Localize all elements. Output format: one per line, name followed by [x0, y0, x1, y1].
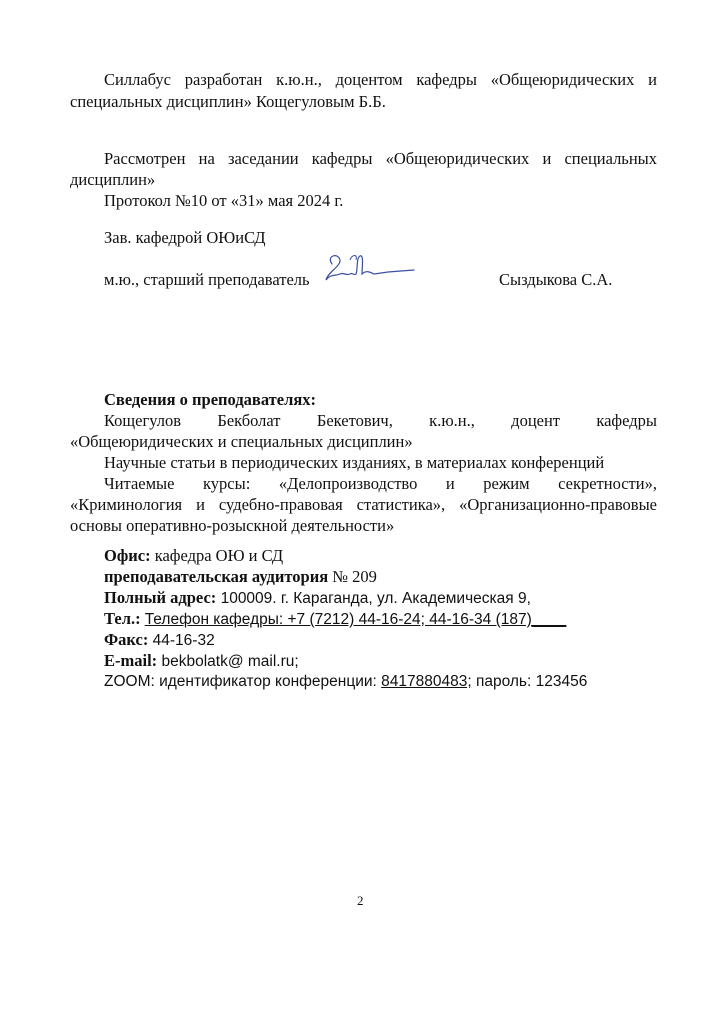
teacher-publications: Научные статьи в периодических изданиях,…	[104, 452, 604, 473]
document-page: Силлабус разработан к.ю.н., доцентом каф…	[0, 0, 725, 1024]
teacher-courses-line-1: Читаемые курсы: «Делопроизводство и режи…	[104, 473, 657, 494]
teachers-heading: Сведения о преподавателях:	[104, 389, 316, 410]
office-value: кафедра ОЮ и СД	[151, 546, 284, 565]
email-label: E-mail:	[104, 651, 157, 670]
phone-label: Тел.:	[104, 609, 141, 628]
teacher-name-line: Кощегулов Бекболат Бекетович, к.ю.н., до…	[104, 410, 657, 431]
syllabus-author-line-2: специальных дисциплин» Кощегуловым Б.Б.	[70, 91, 386, 112]
address-label: Полный адрес:	[104, 588, 216, 607]
room-label: преподавательская аудитория	[104, 567, 328, 586]
head-position: м.ю., старший преподаватель	[104, 269, 310, 290]
signature-icon	[318, 250, 418, 286]
address-row: Полный адрес: 100009. г. Караганда, ул. …	[104, 587, 531, 609]
teacher-department-line: «Общеюридических и специальных дисциплин…	[70, 431, 413, 452]
office-label: Офис:	[104, 546, 151, 565]
protocol-line: Протокол №10 от «31» мая 2024 г.	[104, 190, 343, 211]
address-value: 100009. г. Караганда, ул. Академическая …	[216, 590, 531, 607]
zoom-password: пароль: 123456	[472, 673, 588, 690]
page-number: 2	[357, 893, 364, 909]
fax-value: 44-16-32	[148, 632, 214, 649]
fax-label: Факс:	[104, 630, 148, 649]
zoom-id: 8417880483;	[381, 673, 472, 690]
email-row: E-mail: bekbolatk@ mail.ru;	[104, 650, 299, 672]
phone-value: Телефон кафедры: +7 (7212) 44-16-24; 44-…	[145, 611, 567, 628]
zoom-prefix: ZOOM: идентификатор конференции:	[104, 673, 381, 690]
office-row: Офис: кафедра ОЮ и СД	[104, 545, 283, 566]
review-line-1: Рассмотрен на заседании кафедры «Общеюри…	[104, 148, 657, 169]
email-value: bekbolatk@ mail.ru;	[157, 653, 299, 670]
phone-row: Тел.: Телефон кафедры: +7 (7212) 44-16-2…	[104, 608, 566, 630]
room-value: № 209	[328, 567, 377, 586]
fax-row: Факс: 44-16-32	[104, 629, 215, 651]
head-title: Зав. кафедрой ОЮиСД	[104, 227, 266, 248]
syllabus-author-line-1: Силлабус разработан к.ю.н., доцентом каф…	[104, 69, 657, 90]
room-row: преподавательская аудитория № 209	[104, 566, 377, 587]
head-name: Сыздыкова С.А.	[499, 269, 612, 290]
review-line-2: дисциплин»	[70, 169, 155, 190]
teacher-courses-line-3: основы оперативно-розыскной деятельности…	[70, 515, 394, 536]
zoom-row: ZOOM: идентификатор конференции: 8417880…	[104, 671, 587, 692]
teacher-courses-line-2: «Криминология и судебно-правовая статист…	[70, 494, 657, 515]
